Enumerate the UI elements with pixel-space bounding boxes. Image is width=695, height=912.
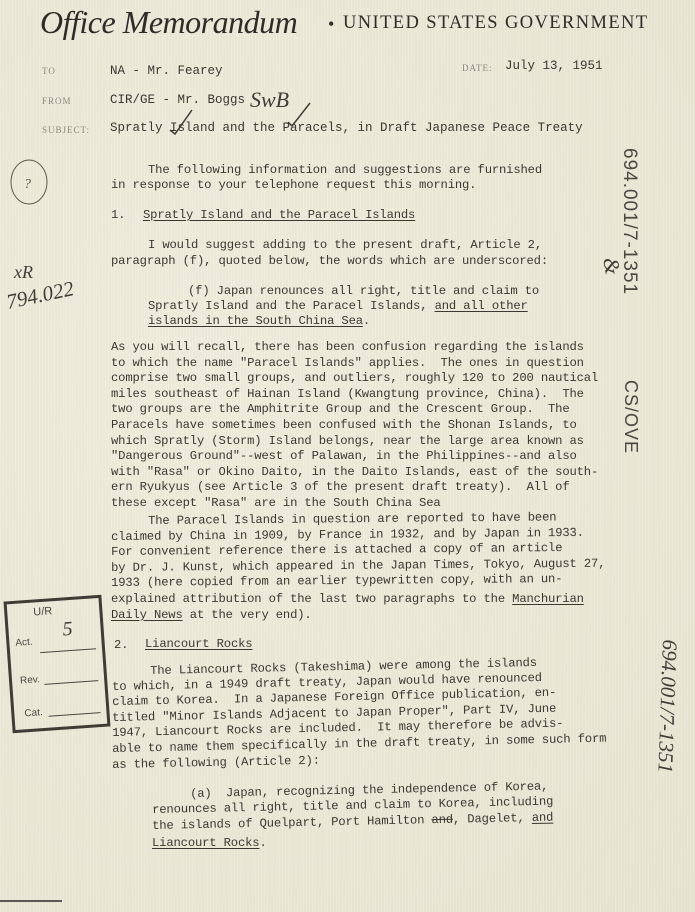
underscored-addition: islands in the South China Sea <box>148 314 363 328</box>
memo-title: Office Memorandum <box>40 4 297 41</box>
title-separator: • <box>328 14 334 35</box>
edge-mark <box>0 900 62 902</box>
to-value: NA - Mr. Fearey <box>110 64 223 78</box>
para3-line: 1933 (here copied from an earlier typewr… <box>111 572 562 592</box>
routing-action-label: Act. <box>15 637 33 649</box>
s1-quote-line-2: Spratly Island and the Paracel Islands, … <box>148 299 528 315</box>
para2-line: which Spratly (Storm) Island belongs, ne… <box>111 434 584 450</box>
para2-line: two groups are the Amphitrite Group and … <box>111 402 569 418</box>
s1-quote-line-3: islands in the South China Sea. <box>148 314 370 330</box>
intro-line-1: The following information and suggestion… <box>148 163 542 179</box>
date-label: DATE: <box>462 63 493 73</box>
agency-name: UNITED STATES GOVERNMENT <box>343 13 649 34</box>
para2-line: to which the name "Paracel Islands" appl… <box>111 356 584 372</box>
para2-line: Paracels have sometimes been confused wi… <box>111 418 577 434</box>
section-1-heading: Spratly Island and the Paracel Islands <box>143 208 415 224</box>
para-text: at the very end). <box>183 608 312 622</box>
section-1-number: 1. <box>111 208 125 224</box>
quote-text: , Dagelet, <box>453 811 532 827</box>
from-label: FROM <box>42 96 72 106</box>
s1-para1-line-1: I would suggest adding to the present dr… <box>148 238 542 254</box>
routing-stamp: U/R Act. 5 Rev. Cat. <box>4 595 111 734</box>
para2-line: As you will recall, there has been confu… <box>111 340 584 356</box>
para2-line: these except "Rasa" are in the South Chi… <box>111 496 441 512</box>
circled-mark-icon: ? <box>6 157 52 207</box>
subject-label: SUBJECT: <box>42 125 90 135</box>
para2-line: "Dangerous Ground"--west of Palawan, in … <box>111 449 577 465</box>
routing-action-value: 5 <box>62 618 74 642</box>
routing-rev-label: Rev. <box>20 674 41 686</box>
s1-para3-line-6: explained attribution of the last two pa… <box>111 592 584 608</box>
underscored-title: Manchurian <box>512 592 584 606</box>
to-label: TO <box>42 66 56 76</box>
routing-cat-label: Cat. <box>24 707 43 719</box>
section-2-heading: Liancourt Rocks <box>145 637 252 653</box>
quote-text: . <box>363 314 370 328</box>
para-text: explained attribution of the last two pa… <box>111 592 512 606</box>
file-number-stamp: 694.001/7-1351 <box>618 148 640 295</box>
underscored-addition: Liancourt Rocks <box>152 836 259 850</box>
para2-line: comprise two small groups, and outliers,… <box>111 371 598 387</box>
check-marks <box>160 100 320 136</box>
quote-text: . <box>259 836 266 850</box>
s1-para3-line-7: Daily News at the very end). <box>111 608 312 624</box>
para2-line: ern Ryukyus (see Article 3 of the presen… <box>111 480 569 496</box>
section-2-number: 2. <box>114 638 128 654</box>
para2-line: with "Rasa" or Okino Daito, in the Daito… <box>111 465 598 481</box>
date-value: July 13, 1951 <box>505 59 603 73</box>
routing-header: U/R <box>33 605 53 618</box>
handwritten-xr: xR <box>14 262 33 283</box>
intro-line-2: in response to your telephone request th… <box>111 178 476 194</box>
handwritten-file-number: 694.001/7-1351 <box>652 639 682 773</box>
s1-para1-line-2: paragraph (f), quoted below, the words w… <box>111 254 548 270</box>
underscored-addition: and <box>532 811 554 825</box>
quote-text: Spratly Island and the Paracel Islands, <box>148 299 435 313</box>
underscored-addition: and all other <box>435 299 528 313</box>
s1-quote-line-1: (f) Japan renounces all right, title and… <box>188 284 539 300</box>
office-stamp: CS/OVE <box>620 380 641 454</box>
svg-text:?: ? <box>24 177 31 192</box>
struck-word: and <box>431 813 453 827</box>
para2-line: miles southeast of Hainan Island (Kwangt… <box>111 387 584 403</box>
s2-quote-line-4: Liancourt Rocks. <box>152 836 267 852</box>
underscored-title: Daily News <box>111 608 183 622</box>
